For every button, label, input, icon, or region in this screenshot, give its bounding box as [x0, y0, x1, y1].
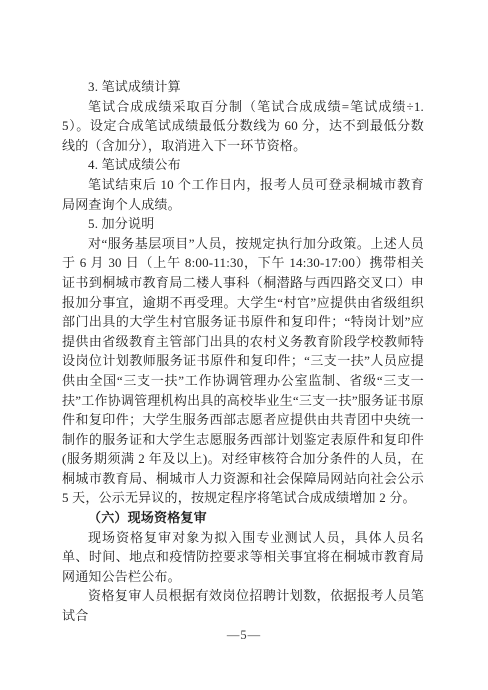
para-onsite-review-scope: 现场资格复审对象为拟入围专业测试人员，具体人员名单、时间、地点和疫情防控要求等相… [62, 528, 424, 587]
page-number: —5— [0, 628, 488, 643]
para-onsite-review-basis: 资格复审人员根据有效岗位招聘计划数，依据报考人员笔试合 [62, 586, 424, 625]
heading-4-score-announcement: 4. 笔试成绩公布 [62, 155, 424, 175]
heading-5-bonus-points: 5. 加分说明 [62, 214, 424, 234]
document-body: 3. 笔试成绩计算 笔试合成成绩采取百分制（笔试合成成绩=笔试成绩÷1.5）。设… [62, 77, 424, 626]
para-score-announcement: 笔试结束后 10 个工作日内，报考人员可登录桐城市教育局网查询个人成绩。 [62, 175, 424, 214]
heading-3-score-calculation: 3. 笔试成绩计算 [62, 77, 424, 97]
document-page: 3. 笔试成绩计算 笔试合成成绩采取百分制（笔试合成成绩=笔试成绩÷1.5）。设… [0, 0, 488, 690]
para-score-calculation: 笔试合成成绩采取百分制（笔试合成成绩=笔试成绩÷1.5）。设定合成笔试成绩最低分… [62, 97, 424, 156]
heading-6-onsite-qualification-review: （六）现场资格复审 [62, 508, 424, 528]
para-bonus-points-detail: 对“服务基层项目”人员，按规定执行加分政策。上述人员于 6 月 30 日（上午 … [62, 234, 424, 508]
